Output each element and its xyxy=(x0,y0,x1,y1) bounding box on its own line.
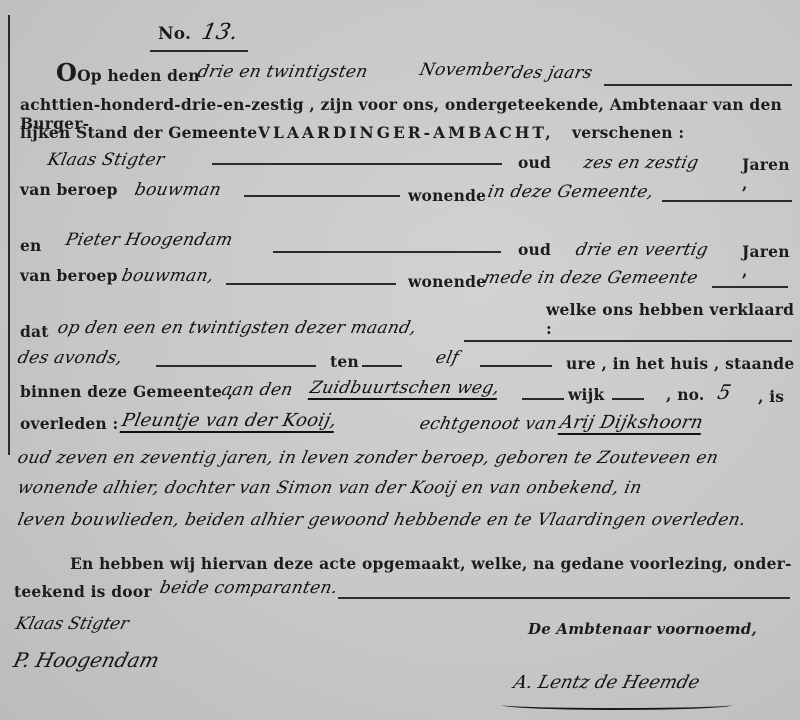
witness2-and-label: en xyxy=(20,236,42,255)
death-date: op den een en twintigsten dezer maand, xyxy=(56,318,418,338)
official-signature: A. Lentz de Heemde xyxy=(511,672,701,693)
witness1-years-label: Jaren , xyxy=(742,155,800,193)
witness1-signature: Klaas Stigter xyxy=(14,614,131,634)
blank-rule xyxy=(662,200,792,202)
spouse-name: Arij Dijkshoorn xyxy=(558,412,705,435)
blank-rule xyxy=(612,398,644,400)
closing-signers: beide comparanten. xyxy=(158,578,340,598)
witness1-residence-label: wonende xyxy=(408,186,486,205)
death-hour: elf xyxy=(434,348,461,368)
opening-month: November xyxy=(418,60,515,80)
that-label: dat xyxy=(20,322,49,341)
number-label: No. xyxy=(158,24,191,44)
deceased-details-line2: wonende alhier, dochter van Simon van de… xyxy=(16,478,644,498)
witness2-occupation: bouwman, xyxy=(120,266,216,286)
stand-prefix: lijken Stand der Gemeente xyxy=(20,123,257,142)
within-label: binnen deze Gemeente , xyxy=(20,382,233,401)
deceased-details-line1: oud zeven en zeventig jaren, in leven zo… xyxy=(16,448,720,468)
witness2-age: drie en veertig xyxy=(574,240,710,260)
blank-rule xyxy=(604,84,792,86)
blank-rule xyxy=(712,286,788,288)
place-text: ure , in het huis , staande xyxy=(566,354,794,373)
deceased-details-line3: leven bouwlieden, beiden alhier gewoond … xyxy=(16,510,748,530)
witness2-residence: mede in deze Gemeente xyxy=(482,268,700,288)
blank-rule xyxy=(464,340,792,342)
opening-prefix: OOp heden den xyxy=(56,58,200,87)
deceased-name: Pleuntje van der Kooij, xyxy=(120,410,339,433)
witness1-name: Klaas Stigter xyxy=(46,150,167,170)
is-label: , is xyxy=(758,387,784,406)
blank-rule xyxy=(522,398,564,400)
opening-suffix: des jaars xyxy=(510,63,594,83)
stand-suffix: verschenen : xyxy=(572,123,684,142)
house-number: 5 xyxy=(715,380,733,404)
time-of-day: des avonds, xyxy=(16,348,125,368)
witness2-signature: P. Hoogendam xyxy=(11,648,162,672)
blank-rule xyxy=(480,365,552,367)
opening-prefix-text: Op heden den xyxy=(77,66,200,85)
number-label: , no. xyxy=(666,385,705,404)
civil-death-record: No. 13. OOp heden den drie en twintigste… xyxy=(0,0,800,720)
ward-label: wijk xyxy=(568,385,604,404)
street-name: Zuidbuurtschen weg, xyxy=(308,378,502,400)
official-label: De Ambtenaar voornoemd, xyxy=(528,620,757,638)
witness1-residence: in deze Gemeente, xyxy=(486,182,656,202)
closing-line2-prefix: teekend is door xyxy=(14,582,152,601)
municipality-name: VLAARDINGER-AMBACHT, xyxy=(258,123,554,142)
left-border-rule xyxy=(8,15,10,455)
witness1-occupation: bouwman xyxy=(133,180,223,200)
act-number: No. 13. xyxy=(158,20,238,45)
witness2-residence-label: wonende xyxy=(408,272,486,291)
died-label: overleden : xyxy=(20,414,118,433)
address-prefix: aan den xyxy=(220,380,295,400)
witness2-occupation-label: van beroep xyxy=(20,266,118,285)
declared-text: welke ons hebben verklaard : xyxy=(546,300,800,338)
witness1-age-label: oud xyxy=(518,153,551,172)
blank-rule xyxy=(338,597,790,599)
witness2-age-label: oud xyxy=(518,240,551,259)
witness1-occupation-label: van beroep xyxy=(20,180,118,199)
opening-day: drie en twintigsten xyxy=(196,62,370,82)
witness2-name: Pieter Hoogendam xyxy=(64,230,235,250)
blank-rule xyxy=(244,195,400,197)
closing-line1: En hebben wij hiervan deze acte opgemaak… xyxy=(70,554,792,573)
blank-rule xyxy=(362,365,402,367)
blank-rule xyxy=(212,163,502,165)
spouse-label: echtgenoot van xyxy=(418,414,559,434)
blank-rule xyxy=(226,283,396,285)
blank-rule xyxy=(156,365,316,367)
witness2-years-label: Jaren , xyxy=(742,242,800,280)
number-underline xyxy=(150,50,248,52)
signature-flourish xyxy=(502,700,732,710)
witness1-age: zes en zestig xyxy=(582,153,701,173)
blank-rule xyxy=(273,251,501,253)
number-value: 13. xyxy=(200,20,241,45)
at-label: ten xyxy=(330,352,359,371)
